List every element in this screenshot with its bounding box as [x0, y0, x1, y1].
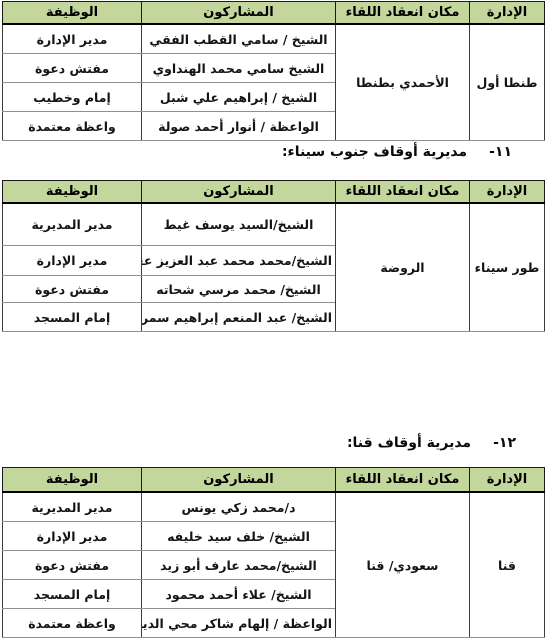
job-cell: مدير المديرية	[3, 203, 142, 246]
table-header-row: الإدارة مكان انعقاد اللقاء المشاركون الو…	[3, 2, 545, 25]
participant-cell: الشيخ/ خلف سيد خليفه	[142, 522, 336, 551]
job-cell: مدير الإدارة	[3, 246, 142, 276]
participant-cell: الشيخ/السيد يوسف غيط	[142, 203, 336, 246]
column-header-location: مكان انعقاد اللقاء	[336, 468, 470, 493]
table-row: طنطا أولالأحمدي بطنطاالشيخ / سامي القطب …	[3, 24, 545, 54]
participant-cell: الشيخ/ محمد مرسي شحاته	[142, 276, 336, 303]
admin-cell: طنطا أول	[470, 24, 545, 141]
job-cell: مفتش دعوة	[3, 551, 142, 580]
job-cell: إمام المسجد	[3, 303, 142, 332]
column-header-participants: المشاركون	[142, 2, 336, 25]
column-header-admin: الإدارة	[470, 181, 545, 204]
document-page: الإدارة مكان انعقاد اللقاء المشاركون الو…	[0, 0, 550, 638]
column-header-participants: المشاركون	[142, 468, 336, 493]
meetings-table-south-sinai: الإدارة مكان انعقاد اللقاء المشاركون الو…	[2, 180, 545, 332]
table-row: طور سيناءالروضةالشيخ/السيد يوسف غيطمدير …	[3, 203, 545, 246]
table-row: قناسعودي/ قناد/محمد زكي يونسمدير المديري…	[3, 492, 545, 522]
location-cell: الروضة	[336, 203, 470, 332]
location-cell: الأحمدي بطنطا	[336, 24, 470, 141]
participant-cell: الشيخ/ علاء أحمد محمود	[142, 580, 336, 609]
participant-cell: الواعظة / إلهام شاكر محي الدين	[142, 609, 336, 638]
meetings-table-tanta: الإدارة مكان انعقاد اللقاء المشاركون الو…	[2, 1, 545, 141]
job-cell: مدير المديرية	[3, 492, 142, 522]
job-cell: مدير الإدارة	[3, 24, 142, 54]
meetings-table-qena: الإدارة مكان انعقاد اللقاء المشاركون الو…	[2, 467, 545, 638]
job-cell: واعظة معتمدة	[3, 112, 142, 141]
column-header-job: الوظيفة	[3, 468, 142, 493]
job-cell: واعظة معتمدة	[3, 609, 142, 638]
participant-cell: الشيخ/محمد عارف أبو زيد	[142, 551, 336, 580]
column-header-location: مكان انعقاد اللقاء	[336, 181, 470, 204]
heading-number: ١٢-	[493, 435, 516, 452]
column-header-admin: الإدارة	[470, 468, 545, 493]
column-header-job: الوظيفة	[3, 2, 142, 25]
admin-cell: طور سيناء	[470, 203, 545, 332]
participant-cell: الواعظة / أنوار أحمد صولة	[142, 112, 336, 141]
job-cell: مدير الإدارة	[3, 522, 142, 551]
participant-cell: الشيخ سامي محمد الهنداوي	[142, 54, 336, 83]
section-heading-qena: ١٢- مديرية أوقاف قنا:	[347, 435, 516, 452]
column-header-participants: المشاركون	[142, 181, 336, 204]
heading-title: مديرية أوقاف قنا:	[347, 435, 471, 452]
column-header-job: الوظيفة	[3, 181, 142, 204]
location-cell: سعودي/ قنا	[336, 492, 470, 638]
column-header-location: مكان انعقاد اللقاء	[336, 2, 470, 25]
admin-cell: قنا	[470, 492, 545, 638]
job-cell: إمام وخطيب	[3, 83, 142, 112]
participant-cell: د/محمد زكي يونس	[142, 492, 336, 522]
heading-number: ١١-	[489, 144, 512, 161]
section-heading-south-sinai: ١١- مديرية أوقاف جنوب سيناء:	[282, 144, 512, 161]
heading-title: مديرية أوقاف جنوب سيناء:	[282, 144, 467, 161]
participant-cell: الشيخ / إبراهيم علي شبل	[142, 83, 336, 112]
job-cell: مفتش دعوة	[3, 276, 142, 303]
job-cell: مفتش دعوة	[3, 54, 142, 83]
job-cell: إمام المسجد	[3, 580, 142, 609]
table-header-row: الإدارة مكان انعقاد اللقاء المشاركون الو…	[3, 181, 545, 204]
participant-cell: الشيخ/ عبد المنعم إبراهيم سمرة	[142, 303, 336, 332]
participant-cell: الشيخ/محمد محمد عبد العزيز عفيفي	[142, 246, 336, 276]
table-header-row: الإدارة مكان انعقاد اللقاء المشاركون الو…	[3, 468, 545, 493]
column-header-admin: الإدارة	[470, 2, 545, 25]
participant-cell: الشيخ / سامي القطب الفقي	[142, 24, 336, 54]
